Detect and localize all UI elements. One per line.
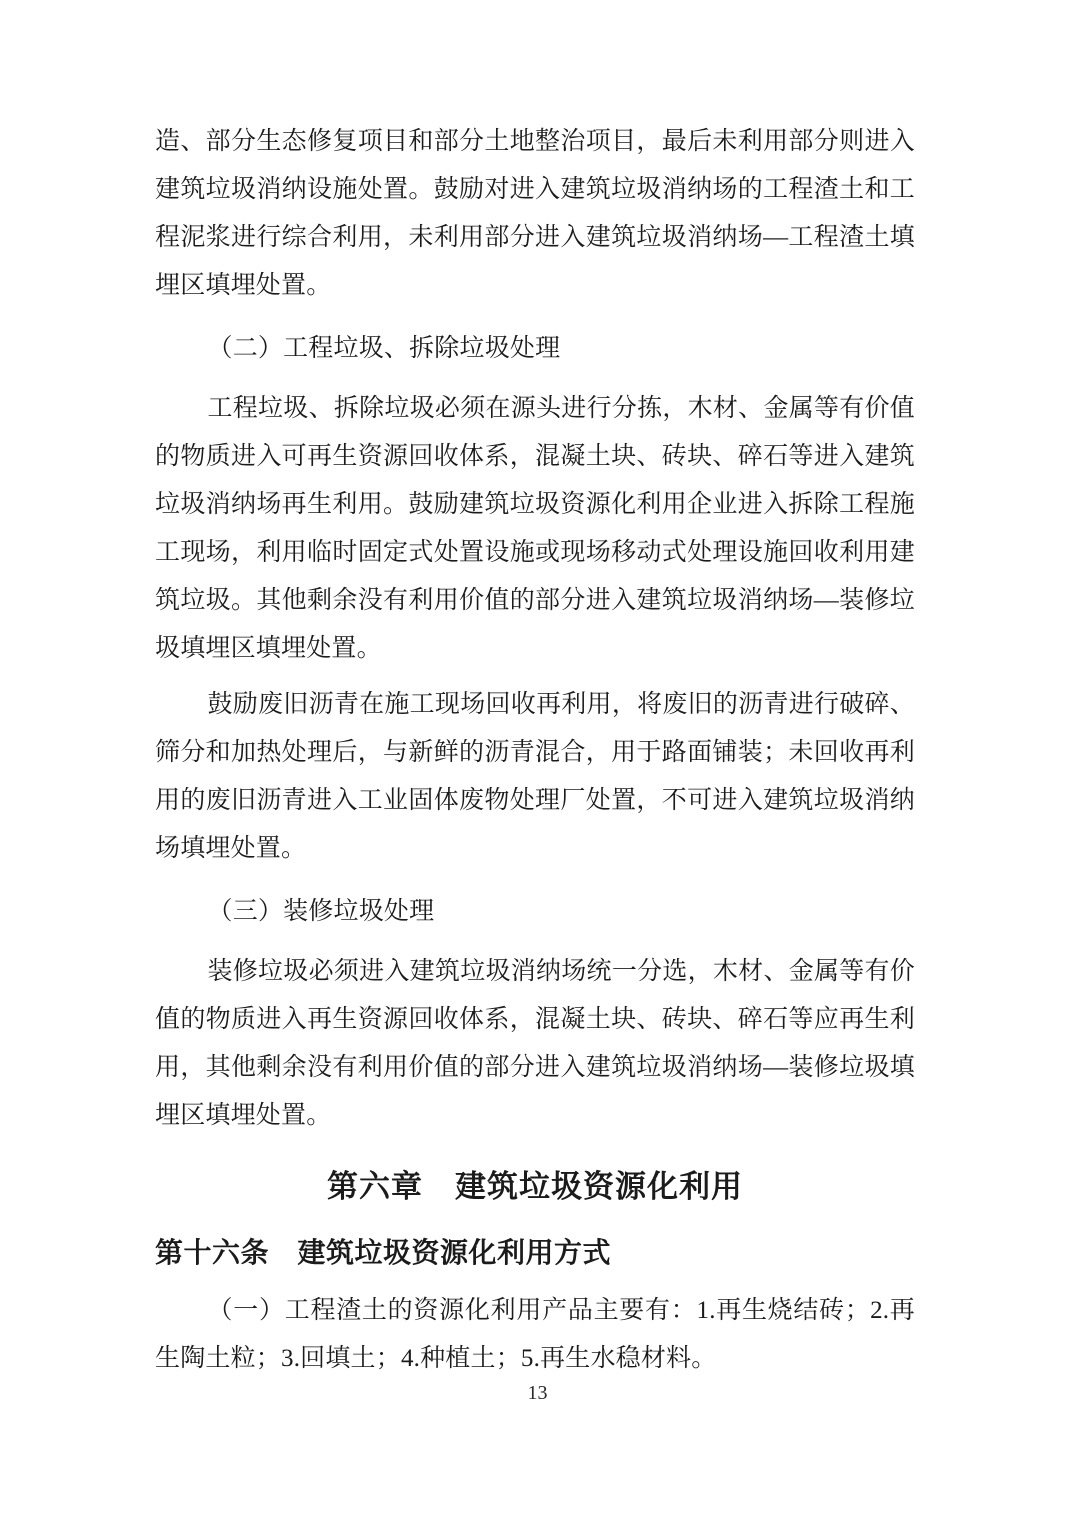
paragraph-decoration-waste: 装修垃圾必须进入建筑垃圾消纳场统一分选，木材、金属等有价值的物质进入再生资源回收… bbox=[155, 948, 915, 1140]
paragraph-engineering-demolition-waste: 工程垃圾、拆除垃圾必须在源头进行分拣，木材、金属等有价值的物质进入可再生资源回收… bbox=[155, 385, 915, 673]
paragraph-resource-products: （一）工程渣土的资源化利用产品主要有：1.再生烧结砖；2.再生陶土粒；3.回填土… bbox=[155, 1287, 915, 1383]
document-page: 造、部分生态修复项目和部分土地整治项目，最后未利用部分则进入建筑垃圾消纳设施处置… bbox=[0, 0, 1075, 1520]
sub-heading-item-2: （二）工程垃圾、拆除垃圾处理 bbox=[155, 325, 915, 373]
article-heading: 第十六条 建筑垃圾资源化利用方式 bbox=[155, 1230, 915, 1278]
sub-heading-item-3: （三）装修垃圾处理 bbox=[155, 888, 915, 936]
page-number: 13 bbox=[0, 1379, 1075, 1407]
chapter-heading: 第六章 建筑垃圾资源化利用 bbox=[155, 1162, 915, 1212]
paragraph-waste-asphalt: 鼓励废旧沥青在施工现场回收再利用，将废旧的沥青进行破碎、筛分和加热处理后，与新鲜… bbox=[155, 681, 915, 873]
paragraph-continuation: 造、部分生态修复项目和部分土地整治项目，最后未利用部分则进入建筑垃圾消纳设施处置… bbox=[155, 118, 915, 310]
